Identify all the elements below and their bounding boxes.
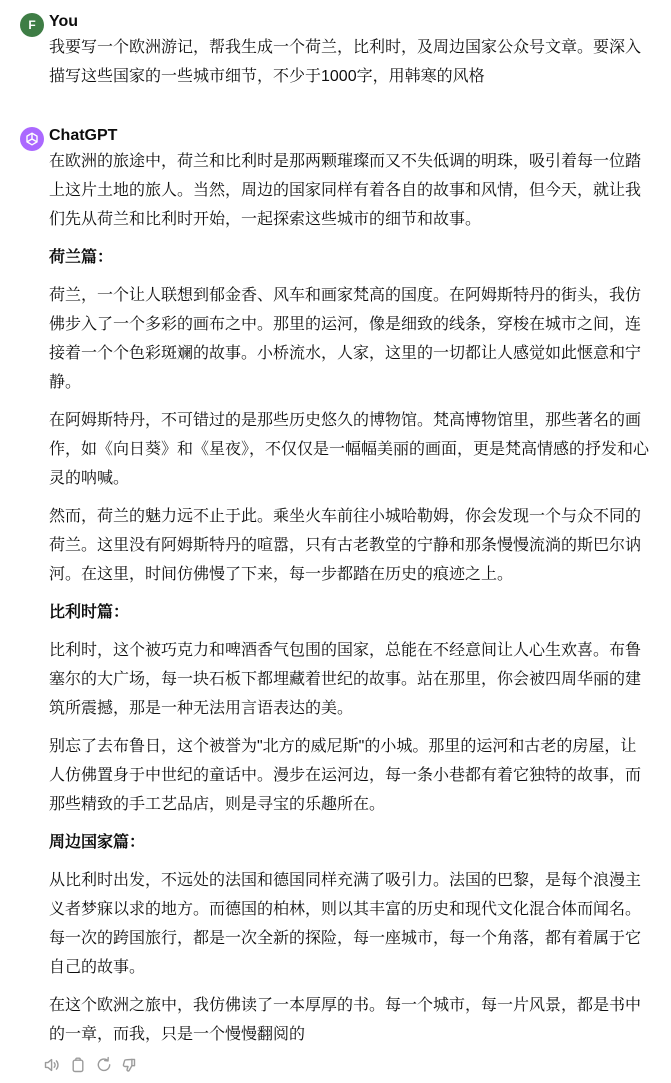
assistant-paragraph: 然而，荷兰的魅力远不止于此。乘坐火车前往小城哈勒姆，你会发现一个与众不同的荷兰。… [49,502,650,589]
assistant-message-text: 在欧洲的旅途中，荷兰和比利时是那两颗璀璨而又不失低调的明珠，吸引着每一位踏上这片… [49,147,650,1049]
read-aloud-icon [43,1056,61,1074]
assistant-role-label: ChatGPT [49,125,650,147]
user-avatar: F [20,13,44,37]
section-heading-neighboring-countries: 周边国家篇： [49,828,650,857]
assistant-action-bar [42,1055,650,1075]
assistant-paragraph: 在欧洲的旅途中，荷兰和比利时是那两颗璀璨而又不失低调的明珠，吸引着每一位踏上这片… [49,147,650,234]
regenerate-icon [95,1056,113,1074]
section-heading-belgium: 比利时篇： [49,598,650,627]
section-heading-netherlands: 荷兰篇： [49,243,650,272]
user-message-text: 我要写一个欧洲游记，帮我生成一个荷兰，比利时，及周边国家公众号文章。要深入描写这… [49,33,650,91]
read-aloud-button[interactable] [42,1055,62,1075]
assistant-paragraph: 比利时，这个被巧克力和啤酒香气包围的国家，总能在不经意间让人心生欢喜。布鲁塞尔的… [49,636,650,723]
user-message-body: You 我要写一个欧洲游记，帮我生成一个荷兰，比利时，及周边国家公众号文章。要深… [49,11,650,91]
assistant-paragraph: 在阿姆斯特丹，不可错过的是那些历史悠久的博物馆。梵高博物馆里，那些著名的画作，如… [49,406,650,493]
assistant-paragraph: 在这个欧洲之旅中，我仿佛读了一本厚厚的书。每一个城市，每一片风景，都是书中的一章… [49,991,650,1049]
assistant-avatar [20,127,44,151]
regenerate-button[interactable] [94,1055,114,1075]
assistant-message-body: ChatGPT 在欧洲的旅途中，荷兰和比利时是那两颗璀璨而又不失低调的明珠，吸引… [49,125,650,1075]
assistant-paragraph: 荷兰，一个让人联想到郁金香、风车和画家梵高的国度。在阿姆斯特丹的街头，我仿佛步入… [49,281,650,397]
conversation: F You 我要写一个欧洲游记，帮我生成一个荷兰，比利时，及周边国家公众号文章。… [0,0,671,1083]
openai-logo-icon [24,131,40,147]
copy-icon [69,1056,87,1074]
user-paragraph: 我要写一个欧洲游记，帮我生成一个荷兰，比利时，及周边国家公众号文章。要深入描写这… [49,33,650,91]
user-message: F You 我要写一个欧洲游记，帮我生成一个荷兰，比利时，及周边国家公众号文章。… [20,11,650,91]
user-role-label: You [49,11,650,33]
copy-button[interactable] [68,1055,88,1075]
assistant-paragraph: 从比利时出发，不远处的法国和德国同样充满了吸引力。法国的巴黎，是每个浪漫主义者梦… [49,866,650,982]
assistant-message: ChatGPT 在欧洲的旅途中，荷兰和比利时是那两颗璀璨而又不失低调的明珠，吸引… [20,125,650,1075]
thumbs-down-icon [121,1056,139,1074]
user-avatar-initial: F [28,19,35,31]
assistant-paragraph: 别忘了去布鲁日，这个被誉为"北方的威尼斯"的小城。那里的运河和古老的房屋，让人仿… [49,732,650,819]
thumbs-down-button[interactable] [120,1055,140,1075]
